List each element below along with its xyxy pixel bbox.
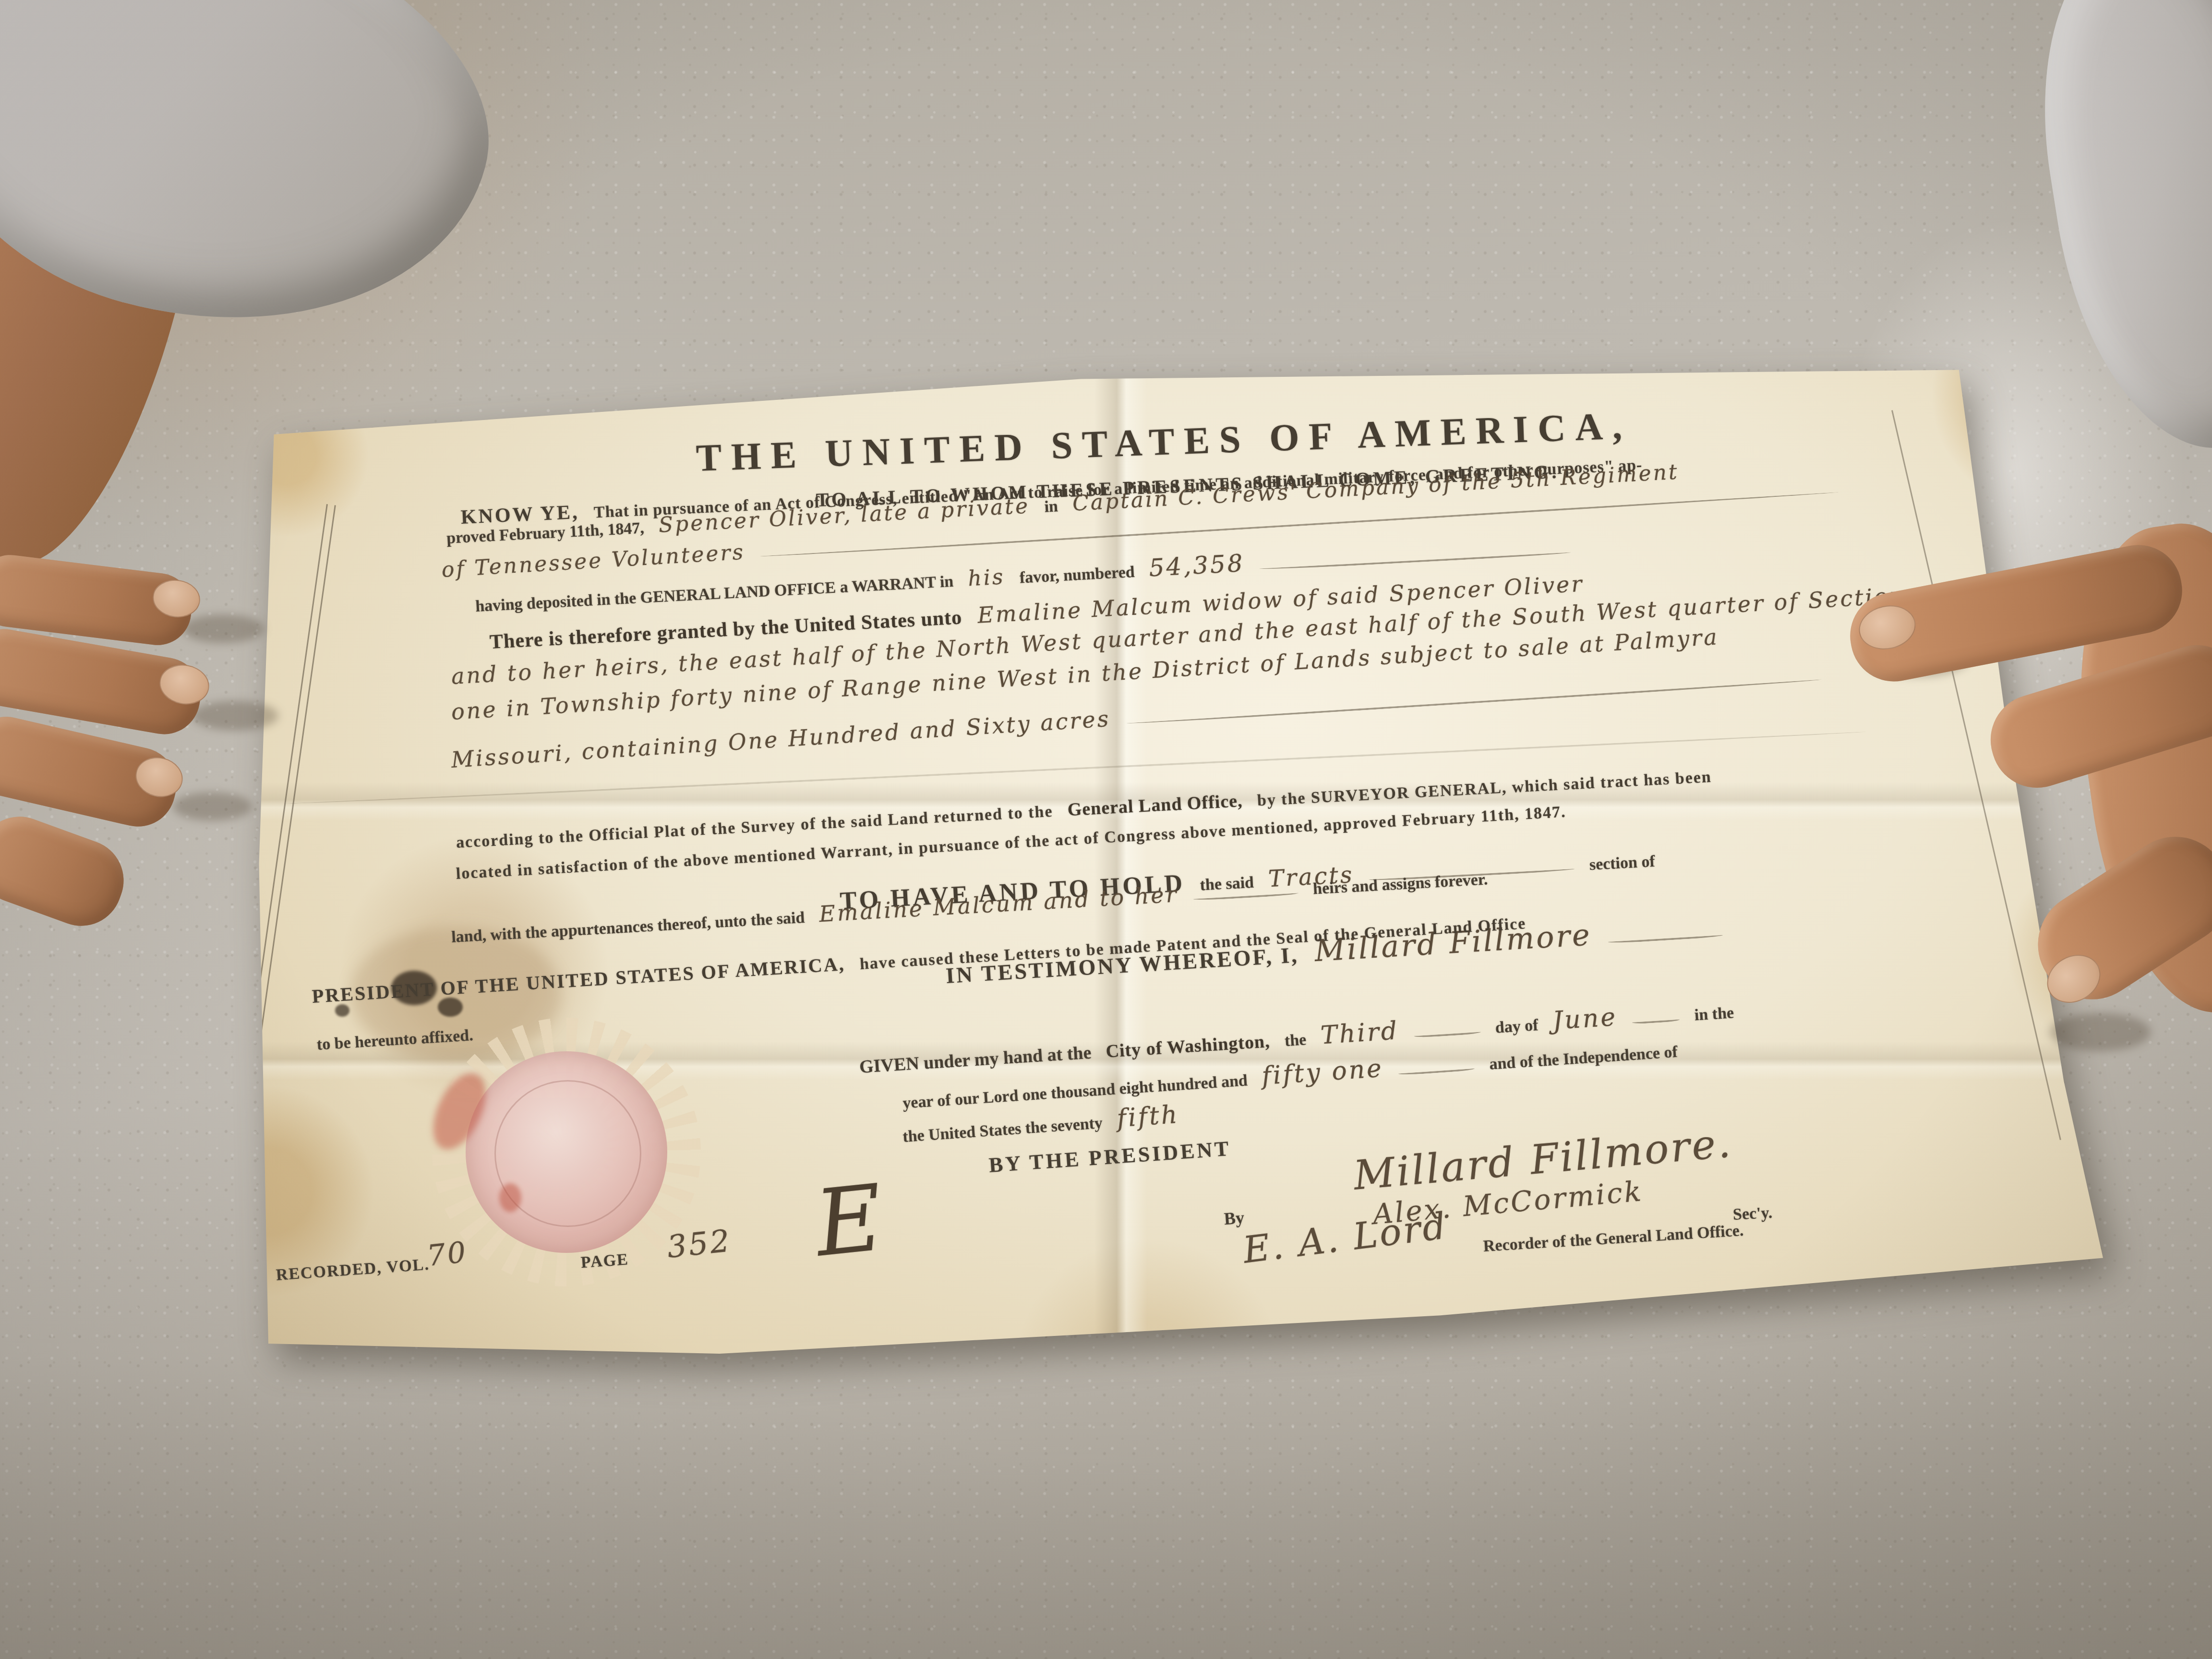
recorder-signature: E. A. Lord <box>1241 1204 1450 1272</box>
ruled-blank <box>1127 676 1822 725</box>
recorder-title: Recorder of the General Land Office. <box>1483 1222 1744 1256</box>
land-patent-document: THE UNITED STATES OF AMERICA, TO ALL TO … <box>250 365 2122 1373</box>
ruled-blank <box>1193 890 1298 901</box>
year-of-lord-print: year of our Lord one thousand eight hund… <box>902 1071 1248 1112</box>
recorded-vol-label: RECORDED, VOL. <box>276 1256 430 1285</box>
record-letter-flourish: E <box>810 1165 890 1277</box>
ruled-blank <box>1259 549 1571 570</box>
by-the-president-label: BY THE PRESIDENT <box>988 1136 1232 1178</box>
city-washington-gothic: City of Washington, <box>1105 1031 1270 1061</box>
plat-print-b: by the SURVEYOR GENERAL, which said trac… <box>1257 768 1712 810</box>
section-of-print: section of <box>1589 853 1656 874</box>
ruled-blank <box>1632 1016 1680 1024</box>
the-print: the <box>1284 1031 1307 1050</box>
in-the-print: in the <box>1694 1004 1734 1024</box>
by-label: By <box>1224 1207 1245 1229</box>
left-finger-shadow-2 <box>192 701 278 731</box>
year-handwriting: fifty one <box>1261 1054 1384 1091</box>
document-text-layer: THE UNITED STATES OF AMERICA, TO ALL TO … <box>250 365 2122 1373</box>
ruled-blank <box>1608 932 1723 944</box>
his-handwriting: his <box>967 565 1006 591</box>
recorded-vol-value: 70 <box>425 1235 469 1273</box>
secretary-title: Sec'y. <box>1732 1204 1773 1224</box>
left-finger-shadow-1 <box>182 614 264 643</box>
appurtenances-print: land, with the appurtenances thereof, un… <box>451 909 805 946</box>
given-print: GIVEN under my hand at the <box>859 1043 1092 1077</box>
approved-print: proved February 11th, 1847, <box>446 519 644 547</box>
affixed-line: to be hereunto affixed. <box>316 1026 474 1054</box>
warrant-number-handwriting: 54,358 <box>1148 549 1245 582</box>
page-value: 352 <box>665 1223 733 1265</box>
president-of-strong: PRESIDENT OF THE UNITED STATES OF AMERIC… <box>312 953 846 1007</box>
plat-gothic: General Land Office, <box>1067 791 1243 820</box>
day-handwriting: Third <box>1320 1016 1399 1050</box>
deposit-print-2: favor, numbered <box>1019 563 1135 587</box>
month-handwriting: June <box>1552 1003 1618 1035</box>
page-label: PAGE <box>580 1250 629 1272</box>
left-hand-thumb <box>0 805 135 937</box>
ruled-blank <box>1398 1066 1475 1076</box>
left-finger-shadow-3 <box>173 792 252 821</box>
seventy-print: the United States the seventy <box>902 1114 1103 1146</box>
fifth-handwriting: fifth <box>1116 1100 1180 1133</box>
ruled-blank <box>1414 1029 1481 1038</box>
heirs-assigns-print: heirs and assigns forever. <box>1312 870 1488 898</box>
independence-print: and of the Independence of <box>1489 1043 1678 1073</box>
day-of-print: day of <box>1495 1016 1539 1037</box>
right-thumb-shadow <box>2050 1013 2151 1051</box>
photo-scene: THE UNITED STATES OF AMERICA, TO ALL TO … <box>0 0 2212 1659</box>
in-print: in <box>1044 497 1058 516</box>
